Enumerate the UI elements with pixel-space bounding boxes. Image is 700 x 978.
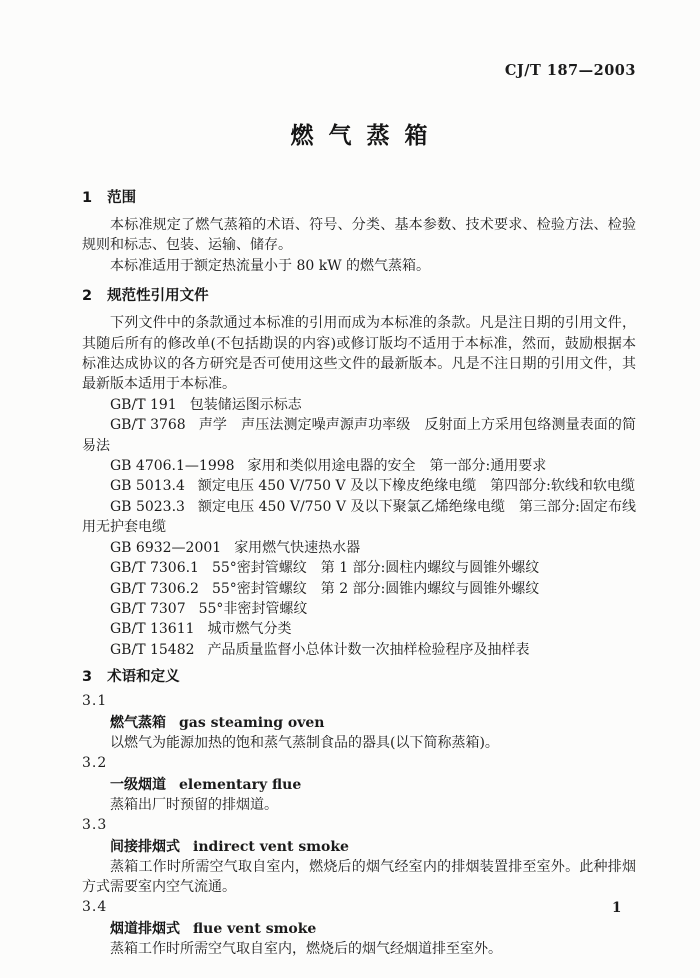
section-3-title: 术语和定义 [107,669,180,685]
reference-title: 包装储运图示标志 [190,397,302,413]
reference-code: GB/T 7306.1 [110,560,199,576]
term-english: indirect vent smoke [193,839,349,855]
term-entry-3-1: 3.1 燃气蒸箱gas steaming oven 以燃气为能源加热的饱和蒸气蒸… [82,691,636,753]
term-definition: 蒸箱出厂时预留的排烟道。 [82,795,636,815]
reference-item: GB/T 7306.255°密封管螺纹 第 2 部分:圆锥内螺纹与圆锥外螺纹 [82,579,636,599]
section-3-heading: 3术语和定义 [82,669,636,685]
reference-title: 城市燃气分类 [208,621,292,637]
reference-code: GB 5013.4 [110,478,185,494]
term-english: gas steaming oven [179,715,324,731]
reference-code: GB/T 7307 [110,601,186,617]
reference-title: 55°非密封管螺纹 [199,601,308,617]
reference-code: GB/T 3768 [110,417,186,433]
page-content: CJ/T 187—2003 燃气蒸箱 1范围 本标准规定了燃气蒸箱的术语、符号、… [82,0,636,959]
reference-title: 家用和类似用途电器的安全 第一部分:通用要求 [248,458,547,474]
reference-code: GB/T 15482 [110,642,195,658]
scope-paragraph-1: 本标准规定了燃气蒸箱的术语、符号、分类、基本参数、技术要求、检验方法、检验规则和… [82,215,636,256]
term-number: 3.4 [82,897,636,917]
term-entry-3-4: 3.4 烟道排烟式flue vent smoke 蒸箱工作时所需空气取自室内，燃… [82,897,636,959]
reference-title: 家用燃气快速热水器 [234,540,360,556]
term-title-line: 烟道排烟式flue vent smoke [82,919,636,939]
reference-item: GB 5023.3额定电压 450 V/750 V 及以下聚氯乙烯绝缘电缆 第三… [82,497,636,538]
reference-item: GB 5013.4额定电压 450 V/750 V 及以下橡皮绝缘电缆 第四部分… [82,476,636,496]
term-definition: 蒸箱工作时所需空气取自室内，燃烧后的烟气经室内的排烟装置排至室外。此种排烟方式需… [82,857,636,897]
reference-item: GB 4706.1—1998家用和类似用途电器的安全 第一部分:通用要求 [82,456,636,476]
section-1-number: 1 [82,190,92,206]
reference-item: GB/T 7306.155°密封管螺纹 第 1 部分:圆柱内螺纹与圆锥外螺纹 [82,558,636,578]
terms-list: 3.1 燃气蒸箱gas steaming oven 以燃气为能源加热的饱和蒸气蒸… [82,691,636,959]
reference-item: GB/T 15482产品质量监督小总体计数一次抽样检验程序及抽样表 [82,640,636,660]
document-page: CJ/T 187—2003 燃气蒸箱 1范围 本标准规定了燃气蒸箱的术语、符号、… [0,0,700,978]
term-chinese: 烟道排烟式 [110,921,180,937]
reference-item: GB 6932—2001家用燃气快速热水器 [82,538,636,558]
term-entry-3-2: 3.2 一级烟道elementary flue 蒸箱出厂时预留的排烟道。 [82,753,636,815]
term-title-line: 燃气蒸箱gas steaming oven [82,713,636,733]
section-normative-references: 2规范性引用文件 下列文件中的条款通过本标准的引用而成为本标准的条款。凡是注日期… [82,288,636,660]
reference-item: GB/T 730755°非密封管螺纹 [82,599,636,619]
term-chinese: 间接排烟式 [110,839,180,855]
term-number: 3.1 [82,691,636,711]
page-number: 1 [612,900,621,916]
reference-item: GB/T 13611城市燃气分类 [82,619,636,639]
section-1-title: 范围 [107,190,136,206]
section-2-heading: 2规范性引用文件 [82,288,636,304]
reference-code: GB/T 13611 [110,621,195,637]
document-title: 燃气蒸箱 [82,120,636,152]
reference-title: 额定电压 450 V/750 V 及以下橡皮绝缘电缆 第四部分:软线和软电缆 [198,478,635,494]
section-3-number: 3 [82,669,92,685]
term-chinese: 一级烟道 [110,777,166,793]
references-intro: 下列文件中的条款通过本标准的引用而成为本标准的条款。凡是注日期的引用文件，其随后… [82,313,636,395]
section-1-heading: 1范围 [82,190,636,206]
reference-code: GB/T 7306.2 [110,581,199,597]
term-chinese: 燃气蒸箱 [110,715,166,731]
term-definition: 以燃气为能源加热的饱和蒸气蒸制食品的器具(以下简称蒸箱)。 [82,733,636,753]
reference-title: 产品质量监督小总体计数一次抽样检验程序及抽样表 [208,642,530,658]
standard-code: CJ/T 187—2003 [82,62,636,80]
term-title-line: 一级烟道elementary flue [82,775,636,795]
term-number: 3.2 [82,753,636,773]
reference-code: GB/T 191 [110,397,177,413]
term-english: elementary flue [179,777,301,793]
term-title-line: 间接排烟式indirect vent smoke [82,837,636,857]
scope-paragraph-2: 本标准适用于额定热流量小于 80 kW 的燃气蒸箱。 [82,256,636,276]
reference-code: GB 6932—2001 [110,540,221,556]
term-number: 3.3 [82,815,636,835]
section-terms-definitions: 3术语和定义 3.1 燃气蒸箱gas steaming oven 以燃气为能源加… [82,669,636,959]
term-english: flue vent smoke [193,921,316,937]
section-2-number: 2 [82,288,92,304]
reference-code: GB 4706.1—1998 [110,458,235,474]
reference-item: GB/T 3768声学 声压法测定噪声源声功率级 反射面上方采用包络测量表面的简… [82,415,636,456]
reference-title: 55°密封管螺纹 第 1 部分:圆柱内螺纹与圆锥外螺纹 [212,560,539,576]
term-definition: 蒸箱工作时所需空气取自室内，燃烧后的烟气经烟道排至室外。 [82,939,636,959]
reference-item: GB/T 191包装储运图示标志 [82,395,636,415]
term-entry-3-3: 3.3 间接排烟式indirect vent smoke 蒸箱工作时所需空气取自… [82,815,636,897]
reference-code: GB 5023.3 [110,499,185,515]
section-scope: 1范围 本标准规定了燃气蒸箱的术语、符号、分类、基本参数、技术要求、检验方法、检… [82,190,636,276]
reference-title: 55°密封管螺纹 第 2 部分:圆锥内螺纹与圆锥外螺纹 [212,581,539,597]
section-2-title: 规范性引用文件 [107,288,209,304]
